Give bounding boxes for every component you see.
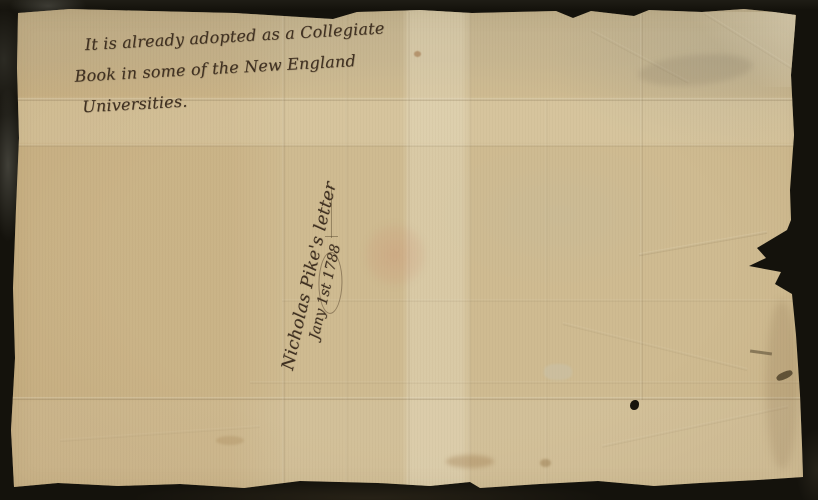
fold-crease-horizontal — [282, 299, 797, 302]
paper-repair-patch — [544, 364, 572, 380]
edge-toning — [766, 300, 798, 470]
fold-crease-horizontal — [250, 381, 805, 384]
photograph: It is already adopted as a Collegiate Bo… — [0, 0, 818, 500]
foxing-spot — [540, 459, 551, 467]
fold-crease-vertical — [468, 12, 471, 486]
handwritten-note: It is already adopted as a Collegiate Bo… — [70, 11, 415, 123]
docket-inscription: Nicholas Pike's letter Jany 1st 1788 — [272, 152, 383, 408]
fold-crease-horizontal — [16, 144, 796, 147]
fold-crease-diagonal — [639, 231, 768, 257]
foxing-smudge — [446, 455, 494, 468]
fold-crease-diagonal — [562, 322, 747, 371]
pen-flourish — [318, 252, 343, 314]
foxing-smudge — [216, 436, 244, 445]
fold-crease-vertical — [545, 100, 548, 486]
foxing-spot — [414, 51, 421, 57]
worm-hole — [630, 400, 639, 410]
letter-verso-paper: It is already adopted as a Collegiate Bo… — [0, 0, 818, 500]
fold-crease-diagonal — [602, 405, 788, 447]
seal-stain — [364, 223, 426, 287]
